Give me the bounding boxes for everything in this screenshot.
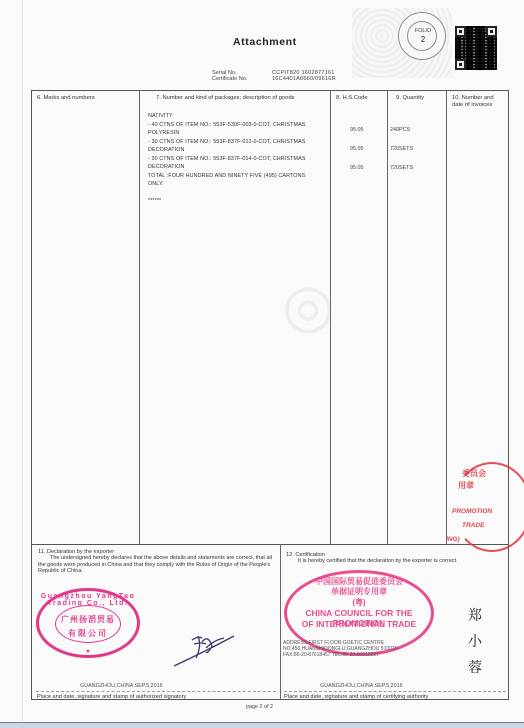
certificate-label: Certificate No. xyxy=(212,76,247,82)
header-quantity: 9. Quantity xyxy=(396,95,424,102)
ccpit-address: ADDRESS:FIRST FLOOR GOETIC CENTRE NO.450… xyxy=(283,640,443,658)
company-stamp: Guangzhou YangTao Trading Co., Ltd. 广州扬滔… xyxy=(36,588,140,658)
partial-stamp-en3: ING) xyxy=(446,536,460,543)
address-line: FAX:86-20-87618457 TEL:86-20-87618827 xyxy=(283,652,443,658)
partial-stamp-en2: TRADE xyxy=(462,522,484,529)
goods-line: DECORATION xyxy=(148,146,328,155)
signature-char: 郑 xyxy=(462,603,488,629)
signature-char: 小 xyxy=(462,629,488,655)
header-marks: 6. Marks and numbers xyxy=(37,95,95,102)
goods-line: - 30 CTNS OF ITEM NO.: 553F-837F-012-0-C… xyxy=(148,138,328,147)
header-invoices: 10. Number and date of invoices xyxy=(452,95,502,108)
page-edge xyxy=(22,0,23,722)
signature-char: 蓉 xyxy=(462,655,488,681)
column-divider xyxy=(280,544,281,700)
goods-description: NATIVITY - 40 CTNS OF ITEM NO.: 553F-530… xyxy=(148,112,328,205)
quantity-cell: 720SETS xyxy=(390,165,413,171)
certificate-value: 16C4401A0660/09616R xyxy=(272,76,336,82)
folio-stamp: FOLIO 2 xyxy=(398,12,446,60)
star-icon: ★ xyxy=(39,648,137,655)
partial-stamp-en1: PROMOTION xyxy=(452,508,492,515)
page-number: page 2 of 2 xyxy=(246,704,273,710)
company-stamp-chinese-2: 有限公司 xyxy=(56,628,120,639)
company-stamp-inner-ring: 广州扬滔贸易 有限公司 xyxy=(55,605,121,643)
declaration-place-date: GUANGZHOU,CHINA SEP.5,2016 xyxy=(80,683,163,689)
folio-inner-ring: FOLIO 2 xyxy=(407,21,437,51)
viewer-bottom-bar xyxy=(0,722,524,728)
hs-code-cell: 95.05 xyxy=(350,146,364,152)
qr-finder-icon xyxy=(455,26,466,37)
hs-code-cell: 95.05 xyxy=(350,127,364,133)
goods-line: - 30 CTNS OF ITEM NO.: 553F-837F-014-0-C… xyxy=(148,155,328,164)
goods-line: - 40 CTNS OF ITEM NO.: 553F-530F-003-0-C… xyxy=(148,121,328,130)
certification-place-date: GUANGZHOU,CHINA SEP.5,2016 xyxy=(320,683,403,689)
ccpit-stamp-chinese-3: (粤) xyxy=(287,597,431,608)
serial-labels: Serial No. Certificate No. xyxy=(212,70,247,83)
column-divider xyxy=(387,91,388,544)
qr-code-icon xyxy=(455,26,497,70)
goods-line: NATIVITY xyxy=(148,112,328,121)
qr-finder-icon xyxy=(486,26,497,37)
goods-line: TOTAL :FOUR HUNDRED AND NINETY FIVE (495… xyxy=(148,172,328,181)
goods-table: 6. Marks and numbers 7. Number and kind … xyxy=(31,90,509,545)
quantity-cell: 240PCS xyxy=(390,127,410,133)
company-stamp-chinese-1: 广州扬滔贸易 xyxy=(56,614,120,625)
ccpit-stamp-english-2: OF INTERNATIONAL TRADE xyxy=(287,619,431,629)
goods-line: POLYRESIN xyxy=(148,129,328,138)
column-divider xyxy=(446,91,447,544)
column-divider xyxy=(139,91,140,544)
folio-label: FOLIO xyxy=(408,28,438,34)
quantity-cell: 720SETS xyxy=(390,146,413,152)
goods-end-marker: ****** xyxy=(148,197,328,206)
partial-stamp-cn1: 委员会 xyxy=(462,468,486,479)
goods-line: ONLY. xyxy=(148,180,328,189)
hs-code-cell: 95.05 xyxy=(350,165,364,171)
watermark-seal: ◎ xyxy=(282,271,334,341)
qr-finder-icon xyxy=(455,59,466,70)
partial-stamp-cn2: 用章 xyxy=(458,480,474,491)
signature-line xyxy=(36,691,276,692)
header-goods: 7. Number and kind of packages; descript… xyxy=(156,95,295,102)
certification-signature-caption: Place and date, signature and stamp of c… xyxy=(284,694,428,700)
declaration-text: The undersigned hereby declares that the… xyxy=(38,555,278,575)
declaration-signature-caption: Place and date, signature and stamp of a… xyxy=(37,694,186,700)
goods-line: DECORATION xyxy=(148,163,328,172)
header-hs-code: 8. H.S.Code xyxy=(336,95,368,102)
folio-number: 2 xyxy=(408,35,438,44)
document-title: Attachment xyxy=(233,36,297,48)
certification-text: It is hereby certified that the declarat… xyxy=(298,558,458,564)
signature-line xyxy=(284,691,506,692)
certifier-signature: 郑 小 蓉 xyxy=(462,603,488,681)
ccpit-stamp-chinese-2: 单据证明专用章 xyxy=(287,586,431,597)
serial-values: CCPIT820 1602877161 16C4401A0660/09616R xyxy=(272,70,336,83)
document-page: Attachment Serial No. Certificate No. CC… xyxy=(0,0,524,722)
exporter-signature xyxy=(172,628,244,668)
